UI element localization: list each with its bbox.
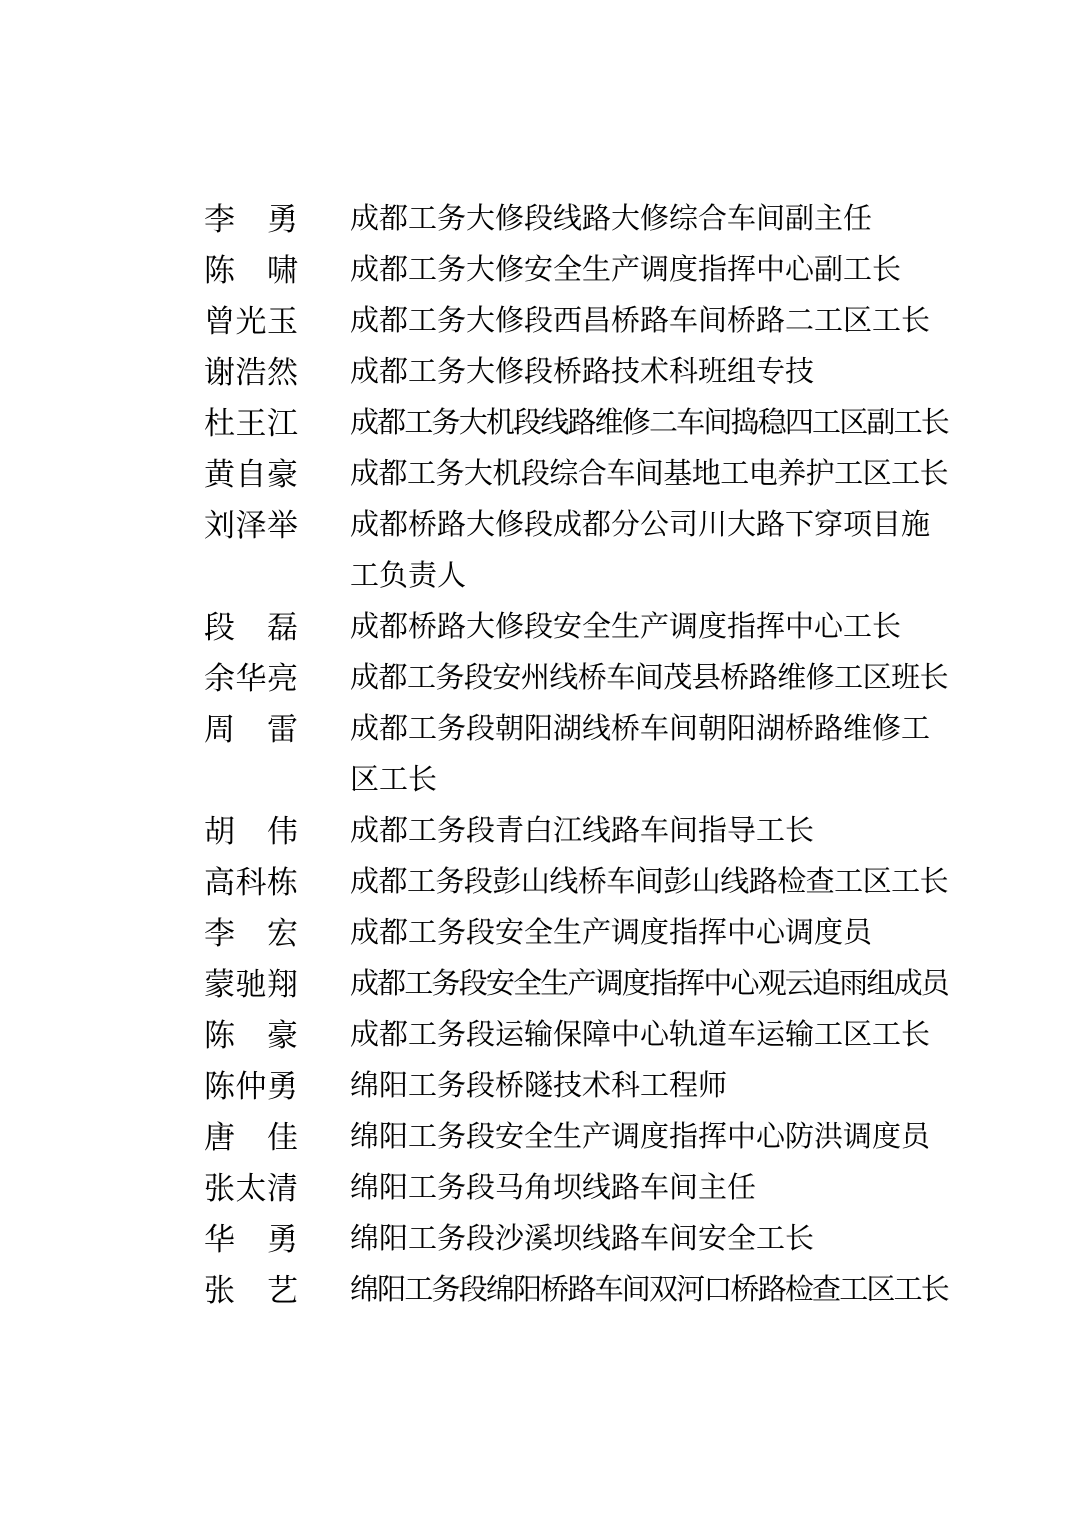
entry-position: 成都工务段安州线桥车间茂县桥路维修工区班长 <box>350 653 948 704</box>
entry-name: 谢浩然 <box>204 347 298 398</box>
position-line: 绵阳工务段沙溪坝线路车间安全工长 <box>350 1214 814 1265</box>
position-line: 成都工务段安全生产调度指挥中心观云追雨组成员 <box>350 959 948 1010</box>
position-line: 成都桥路大修段安全生产调度指挥中心工长 <box>350 602 901 653</box>
entry-position: 绵阳工务段安全生产调度指挥中心防洪调度员 <box>350 1112 930 1163</box>
entry-position: 成都桥路大修段安全生产调度指挥中心工长 <box>350 602 901 653</box>
document-page: 李 勇 成都工务大修段线路大修综合车间副主任 陈 啸 成都工务大修安全生产调度指… <box>0 0 1080 1528</box>
position-line: 绵阳工务段安全生产调度指挥中心防洪调度员 <box>350 1112 930 1163</box>
entry-position: 成都工务段朝阳湖线桥车间朝阳湖桥路维修工区工长 <box>350 704 930 806</box>
position-line: 成都桥路大修段成都分公司川大路下穿项目施 <box>350 500 930 551</box>
roster-entry: 华 勇 绵阳工务段沙溪坝线路车间安全工长 <box>204 1214 948 1265</box>
entry-position: 成都工务段彭山线桥车间彭山线路检查工区工长 <box>350 857 948 908</box>
entry-position: 成都工务段运输保障中心轨道车运输工区工长 <box>350 1010 930 1061</box>
entry-name: 李 宏 <box>204 908 298 959</box>
roster-entry: 张太清 绵阳工务段马角坝线路车间主任 <box>204 1163 948 1214</box>
roster-entry: 曾光玉 成都工务大修段西昌桥路车间桥路二工区工长 <box>204 296 948 347</box>
roster-entry: 杜王江 成都工务大机段线路维修二车间捣稳四工区副工长 <box>204 398 948 449</box>
position-line: 工负责人 <box>350 551 930 602</box>
roster-entry: 高科栋 成都工务段彭山线桥车间彭山线路检查工区工长 <box>204 857 948 908</box>
position-line: 成都工务大机段综合车间基地工电养护工区工长 <box>350 449 948 500</box>
position-line: 绵阳工务段绵阳桥路车间双河口桥路检查工区工长 <box>350 1265 948 1316</box>
entry-name: 唐 佳 <box>204 1112 298 1163</box>
roster-entry: 胡 伟 成都工务段青白江线路车间指导工长 <box>204 806 948 857</box>
entry-name: 段 磊 <box>204 602 298 653</box>
roster-entry: 蒙驰翔 成都工务段安全生产调度指挥中心观云追雨组成员 <box>204 959 948 1010</box>
roster-entry: 刘泽举 成都桥路大修段成都分公司川大路下穿项目施工负责人 <box>204 500 948 602</box>
roster-entry: 李 宏 成都工务段安全生产调度指挥中心调度员 <box>204 908 948 959</box>
roster-entry: 周 雷 成都工务段朝阳湖线桥车间朝阳湖桥路维修工区工长 <box>204 704 948 806</box>
position-line: 绵阳工务段桥隧技术科工程师 <box>350 1061 727 1112</box>
entry-position: 成都工务段安全生产调度指挥中心调度员 <box>350 908 872 959</box>
entry-name: 张太清 <box>204 1163 298 1214</box>
entry-name: 李 勇 <box>204 194 298 245</box>
position-line: 成都工务段朝阳湖线桥车间朝阳湖桥路维修工 <box>350 704 930 755</box>
position-line: 成都工务大修段西昌桥路车间桥路二工区工长 <box>350 296 930 347</box>
entry-name: 黄自豪 <box>204 449 298 500</box>
entry-name: 华 勇 <box>204 1214 298 1265</box>
entry-position: 绵阳工务段沙溪坝线路车间安全工长 <box>350 1214 814 1265</box>
entry-name: 陈仲勇 <box>204 1061 298 1112</box>
roster-entry: 黄自豪 成都工务大机段综合车间基地工电养护工区工长 <box>204 449 948 500</box>
position-line: 成都工务段运输保障中心轨道车运输工区工长 <box>350 1010 930 1061</box>
entry-name: 周 雷 <box>204 704 298 755</box>
entry-position: 成都工务大修段线路大修综合车间副主任 <box>350 194 872 245</box>
roster-entry: 段 磊 成都桥路大修段安全生产调度指挥中心工长 <box>204 602 948 653</box>
position-line: 区工长 <box>350 755 930 806</box>
entry-position: 成都工务段安全生产调度指挥中心观云追雨组成员 <box>350 959 948 1010</box>
roster-entry: 张 艺 绵阳工务段绵阳桥路车间双河口桥路检查工区工长 <box>204 1265 948 1316</box>
roster-entry: 谢浩然 成都工务大修段桥路技术科班组专技 <box>204 347 948 398</box>
entry-name: 刘泽举 <box>204 500 298 551</box>
roster-list: 李 勇 成都工务大修段线路大修综合车间副主任 陈 啸 成都工务大修安全生产调度指… <box>204 194 948 1316</box>
entry-position: 绵阳工务段桥隧技术科工程师 <box>350 1061 727 1112</box>
entry-name: 陈 豪 <box>204 1010 298 1061</box>
entry-position: 成都工务大机段综合车间基地工电养护工区工长 <box>350 449 948 500</box>
entry-name: 余华亮 <box>204 653 298 704</box>
entry-name: 高科栋 <box>204 857 298 908</box>
roster-entry: 李 勇 成都工务大修段线路大修综合车间副主任 <box>204 194 948 245</box>
entry-name: 蒙驰翔 <box>204 959 298 1010</box>
position-line: 绵阳工务段马角坝线路车间主任 <box>350 1163 756 1214</box>
position-line: 成都工务段安州线桥车间茂县桥路维修工区班长 <box>350 653 948 704</box>
entry-position: 成都工务大修安全生产调度指挥中心副工长 <box>350 245 901 296</box>
roster-entry: 陈 豪 成都工务段运输保障中心轨道车运输工区工长 <box>204 1010 948 1061</box>
entry-name: 张 艺 <box>204 1265 298 1316</box>
entry-position: 成都工务段青白江线路车间指导工长 <box>350 806 814 857</box>
entry-position: 成都桥路大修段成都分公司川大路下穿项目施工负责人 <box>350 500 930 602</box>
entry-position: 成都工务大修段西昌桥路车间桥路二工区工长 <box>350 296 930 347</box>
position-line: 成都工务段青白江线路车间指导工长 <box>350 806 814 857</box>
roster-entry: 唐 佳 绵阳工务段安全生产调度指挥中心防洪调度员 <box>204 1112 948 1163</box>
entry-name: 曾光玉 <box>204 296 298 347</box>
position-line: 成都工务段彭山线桥车间彭山线路检查工区工长 <box>350 857 948 908</box>
position-line: 成都工务大修安全生产调度指挥中心副工长 <box>350 245 901 296</box>
entry-position: 绵阳工务段绵阳桥路车间双河口桥路检查工区工长 <box>350 1265 948 1316</box>
position-line: 成都工务大修段线路大修综合车间副主任 <box>350 194 872 245</box>
entry-name: 杜王江 <box>204 398 298 449</box>
entry-name: 陈 啸 <box>204 245 298 296</box>
roster-entry: 余华亮 成都工务段安州线桥车间茂县桥路维修工区班长 <box>204 653 948 704</box>
roster-entry: 陈 啸 成都工务大修安全生产调度指挥中心副工长 <box>204 245 948 296</box>
position-line: 成都工务大修段桥路技术科班组专技 <box>350 347 814 398</box>
entry-name: 胡 伟 <box>204 806 298 857</box>
position-line: 成都工务大机段线路维修二车间捣稳四工区副工长 <box>350 398 948 449</box>
entry-position: 成都工务大机段线路维修二车间捣稳四工区副工长 <box>350 398 948 449</box>
position-line: 成都工务段安全生产调度指挥中心调度员 <box>350 908 872 959</box>
entry-position: 成都工务大修段桥路技术科班组专技 <box>350 347 814 398</box>
roster-entry: 陈仲勇 绵阳工务段桥隧技术科工程师 <box>204 1061 948 1112</box>
entry-position: 绵阳工务段马角坝线路车间主任 <box>350 1163 756 1214</box>
